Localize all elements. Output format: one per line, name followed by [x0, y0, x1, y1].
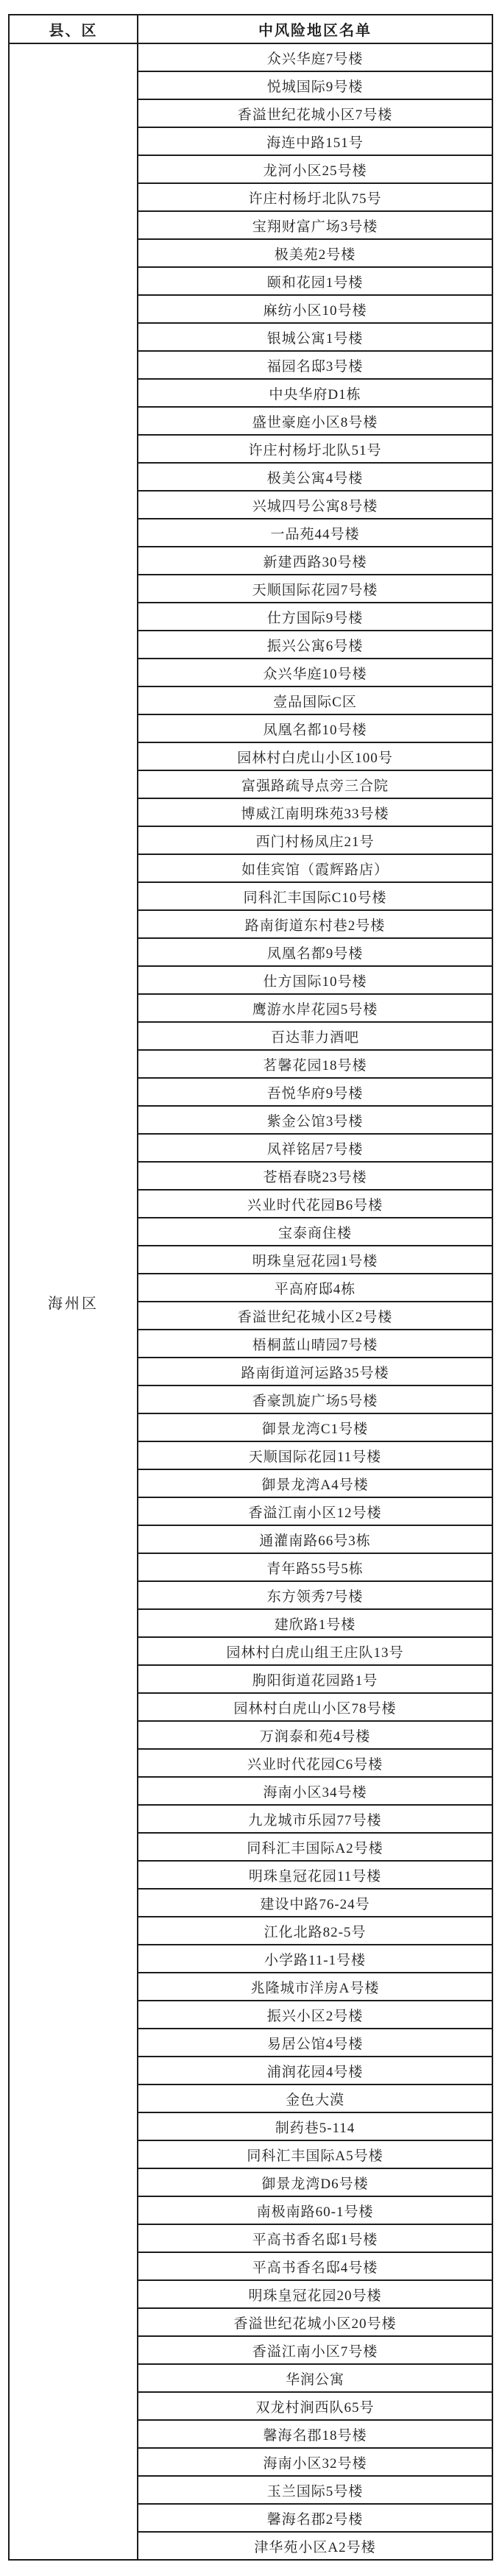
area-name-cell: 制药巷5-114	[138, 2112, 492, 2140]
area-name-cell: 吾悦华府9号楼	[138, 1078, 492, 1106]
area-name-cell: 馨海名郡18号楼	[138, 2420, 492, 2448]
area-name-cell: 同科汇丰国际A5号楼	[138, 2140, 492, 2168]
area-name-cell: 香溢世纪花城小区7号楼	[138, 99, 492, 127]
area-name-cell: 路南街道河运路35号楼	[138, 1358, 492, 1385]
area-name-cell: 平高书香名邸1号楼	[138, 2224, 492, 2252]
area-name-cell: 极美苑2号楼	[138, 239, 492, 267]
area-name-cell: 梧桐蓝山晴园7号楼	[138, 1330, 492, 1358]
area-name-cell: 香溢世纪花城小区2号楼	[138, 1302, 492, 1330]
area-name-cell: 凤凰名都9号楼	[138, 938, 492, 966]
area-name-cell: 银城公寓1号楼	[138, 323, 492, 351]
area-name-cell: 玉兰国际5号楼	[138, 2476, 492, 2504]
area-name-cell: 金色大漠	[138, 2084, 492, 2112]
area-name-cell: 仕方国际9号楼	[138, 603, 492, 631]
area-name-cell: 悦城国际9号楼	[138, 71, 492, 99]
area-name-cell: 香豪凯旋广场5号楼	[138, 1385, 492, 1413]
area-name-cell: 明珠皇冠花园1号楼	[138, 1246, 492, 1274]
area-name-cell: 同科汇丰国际C10号楼	[138, 882, 492, 910]
area-name-cell: 麻纺小区10号楼	[138, 295, 492, 323]
area-name-cell: 百达菲力酒吧	[138, 1022, 492, 1050]
area-name-cell: 仕方国际10号楼	[138, 966, 492, 994]
area-name-cell: 许庄村杨圩北队51号	[138, 435, 492, 463]
area-name-cell: 津华苑小区A2号楼	[138, 2532, 492, 2560]
area-name-cell: 盛世豪庭小区8号楼	[138, 407, 492, 435]
area-name-cell: 海南小区34号楼	[138, 1777, 492, 1805]
area-name-cell: 兴业时代花园B6号楼	[138, 1190, 492, 1218]
area-name-cell: 青年路55号5栋	[138, 1553, 492, 1581]
area-name-cell: 兆隆城市洋房A号楼	[138, 1973, 492, 2001]
area-name-cell: 建设中路76-24号	[138, 1889, 492, 1917]
area-name-cell: 建欣路1号楼	[138, 1609, 492, 1637]
area-name-cell: 颐和花园1号楼	[138, 267, 492, 295]
area-name-cell: 天顺国际花园11号楼	[138, 1441, 492, 1469]
area-name-cell: 同科汇丰国际A2号楼	[138, 1833, 492, 1861]
area-name-cell: 众兴华庭7号楼	[138, 43, 492, 71]
area-name-cell: 龙河小区25号楼	[138, 155, 492, 183]
area-name-cell: 海连中路151号	[138, 127, 492, 155]
area-name-cell: 江化北路82-5号	[138, 1917, 492, 1945]
area-name-cell: 馨海名郡2号楼	[138, 2504, 492, 2532]
area-name-cell: 朐阳街道花园路1号	[138, 1665, 492, 1693]
area-name-cell: 博威江南明珠苑33号楼	[138, 798, 492, 826]
area-name-cell: 鹰游水岸花园5号楼	[138, 994, 492, 1022]
area-name-cell: 宝翔财富广场3号楼	[138, 211, 492, 239]
column-header-district: 县、区	[9, 15, 138, 43]
area-name-cell: 天顺国际花园7号楼	[138, 575, 492, 603]
area-name-cell: 平高府邸4栋	[138, 1274, 492, 1302]
area-name-cell: 九龙城市乐园77号楼	[138, 1805, 492, 1833]
column-header-area-list: 中风险地区名单	[138, 15, 492, 43]
area-name-cell: 苍梧春晓23号楼	[138, 1162, 492, 1190]
area-name-cell: 凤凰名都10号楼	[138, 714, 492, 742]
area-name-cell: 紫金公馆3号楼	[138, 1106, 492, 1134]
area-name-cell: 御景龙湾A4号楼	[138, 1469, 492, 1497]
medium-risk-area-table: 县、区 中风险地区名单 海州区众兴华庭7号楼悦城国际9号楼香溢世纪花城小区7号楼…	[8, 14, 493, 2561]
area-name-cell: 兴业时代花园C6号楼	[138, 1749, 492, 1777]
area-name-cell: 茗馨花园18号楼	[138, 1050, 492, 1078]
area-name-cell: 如佳宾馆（霞辉路店）	[138, 854, 492, 882]
area-name-cell: 华润公寓	[138, 2364, 492, 2392]
area-name-cell: 通灌南路66号3栋	[138, 1525, 492, 1553]
area-name-cell: 许庄村杨圩北队75号	[138, 183, 492, 211]
area-name-cell: 兴城四号公寓8号楼	[138, 491, 492, 519]
area-name-cell: 路南街道东村巷2号楼	[138, 910, 492, 938]
area-name-cell: 新建西路30号楼	[138, 547, 492, 575]
area-name-cell: 壹品国际C区	[138, 686, 492, 714]
table-header-row: 县、区 中风险地区名单	[9, 15, 492, 43]
area-name-cell: 一品苑44号楼	[138, 519, 492, 547]
area-name-cell: 振兴公寓6号楼	[138, 631, 492, 659]
area-name-cell: 西门村杨凤庄21号	[138, 826, 492, 854]
district-cell: 海州区	[9, 43, 138, 2560]
area-name-cell: 福园名邸3号楼	[138, 351, 492, 379]
area-name-cell: 浦润花园4号楼	[138, 2057, 492, 2084]
table-row: 海州区众兴华庭7号楼	[9, 43, 492, 71]
area-name-cell: 万润泰和苑4号楼	[138, 1721, 492, 1749]
area-name-cell: 园林村白虎山小区78号楼	[138, 1693, 492, 1721]
area-name-cell: 御景龙湾C1号楼	[138, 1413, 492, 1441]
area-name-cell: 园林村白虎山小区100号	[138, 742, 492, 770]
area-name-cell: 极美公寓4号楼	[138, 463, 492, 491]
area-name-cell: 平高书香名邸4号楼	[138, 2252, 492, 2280]
area-name-cell: 香溢江南小区7号楼	[138, 2336, 492, 2364]
area-name-cell: 明珠皇冠花园20号楼	[138, 2280, 492, 2308]
area-name-cell: 御景龙湾D6号楼	[138, 2168, 492, 2196]
area-name-cell: 众兴华庭10号楼	[138, 659, 492, 686]
area-name-cell: 香溢江南小区12号楼	[138, 1497, 492, 1525]
area-name-cell: 东方领秀7号楼	[138, 1581, 492, 1609]
area-name-cell: 宝泰商住楼	[138, 1218, 492, 1246]
area-name-cell: 中央华府D1栋	[138, 379, 492, 407]
area-name-cell: 小学路11-1号楼	[138, 1945, 492, 1973]
area-name-cell: 振兴小区2号楼	[138, 2001, 492, 2029]
area-name-cell: 南极南路60-1号楼	[138, 2196, 492, 2224]
area-name-cell: 富强路疏导点旁三合院	[138, 770, 492, 798]
area-name-cell: 香溢世纪花城小区20号楼	[138, 2308, 492, 2336]
area-name-cell: 明珠皇冠花园11号楼	[138, 1861, 492, 1889]
area-name-cell: 凤祥铭居7号楼	[138, 1134, 492, 1162]
area-name-cell: 园林村白虎山组王庄队13号	[138, 1637, 492, 1665]
area-name-cell: 双龙村涧西队65号	[138, 2392, 492, 2420]
area-name-cell: 海南小区32号楼	[138, 2448, 492, 2476]
area-name-cell: 易居公馆4号楼	[138, 2029, 492, 2057]
